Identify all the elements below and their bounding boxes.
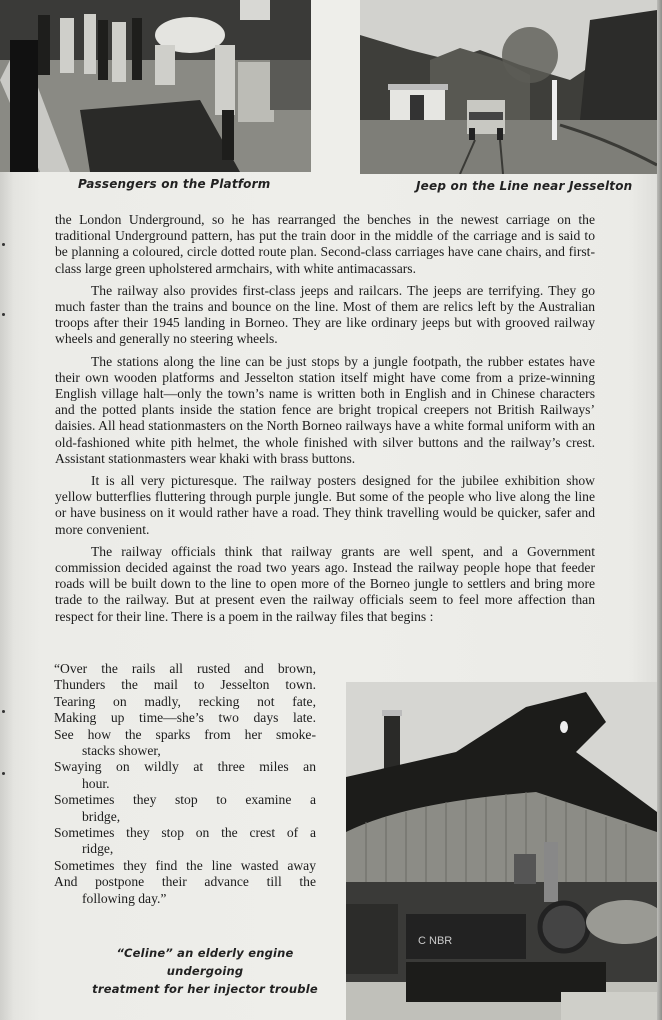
caption-engine: “Celine” an elderly engine undergoing tr… xyxy=(80,944,330,998)
photo-locomotive-celine: C NBR xyxy=(346,682,657,1020)
poem-line: Tearing on madly, recking not fate, xyxy=(54,694,316,710)
poem-line: “Over the rails all rusted and brown, xyxy=(54,661,316,677)
paragraph: the London Underground, so he has rearra… xyxy=(55,212,595,277)
jeep-image-icon xyxy=(360,0,657,174)
poem-line: stacks shower, xyxy=(54,743,316,759)
paragraph: The railway officials think that railway… xyxy=(55,544,595,625)
poem-line: Thunders the mail to Jesselton town. xyxy=(54,677,316,693)
scan-speck xyxy=(2,313,5,316)
platform-image-icon xyxy=(0,0,311,172)
caption-passengers-platform: Passengers on the Platform xyxy=(78,177,270,191)
scan-speck xyxy=(2,243,5,246)
poem: “Over the rails all rusted and brown,Thu… xyxy=(54,661,316,907)
photo-jeep-on-line xyxy=(360,0,657,174)
paragraph: The railway also provides first-class je… xyxy=(55,283,595,348)
poem-line: hour. xyxy=(54,776,316,792)
poem-line: following day.” xyxy=(54,891,316,907)
caption-jeep-on-line: Jeep on the Line near Jesselton xyxy=(416,179,632,193)
paragraph: The stations along the line can be just … xyxy=(55,354,595,467)
poem-line: ridge, xyxy=(54,841,316,857)
caption-engine-line: “Celine” an elderly engine undergoing xyxy=(80,944,330,980)
scan-speck xyxy=(2,710,5,713)
poem-line: Sometimes they stop to examine a xyxy=(54,792,316,808)
locomotive-image-icon: C NBR xyxy=(346,682,657,1020)
poem-line: Sometimes they find the line wasted away xyxy=(54,858,316,874)
photo-passengers-platform xyxy=(0,0,311,172)
poem-line: Sometimes they stop on the crest of a xyxy=(54,825,316,841)
caption-engine-line: treatment for her injector trouble xyxy=(80,980,330,998)
paragraph: It is all very picturesque. The railway … xyxy=(55,473,595,538)
scan-speck xyxy=(2,772,5,775)
poem-line: bridge, xyxy=(54,809,316,825)
poem-line: And postpone their advance till the xyxy=(54,874,316,890)
article-body: the London Underground, so he has rearra… xyxy=(55,212,595,631)
poem-line: Swaying on wildly at three miles an xyxy=(54,759,316,775)
poem-line: See how the sparks from her smoke- xyxy=(54,727,316,743)
page-edge xyxy=(657,0,662,1020)
engine-markings: C NBR xyxy=(418,935,452,947)
poem-line: Making up time—she’s two days late. xyxy=(54,710,316,726)
